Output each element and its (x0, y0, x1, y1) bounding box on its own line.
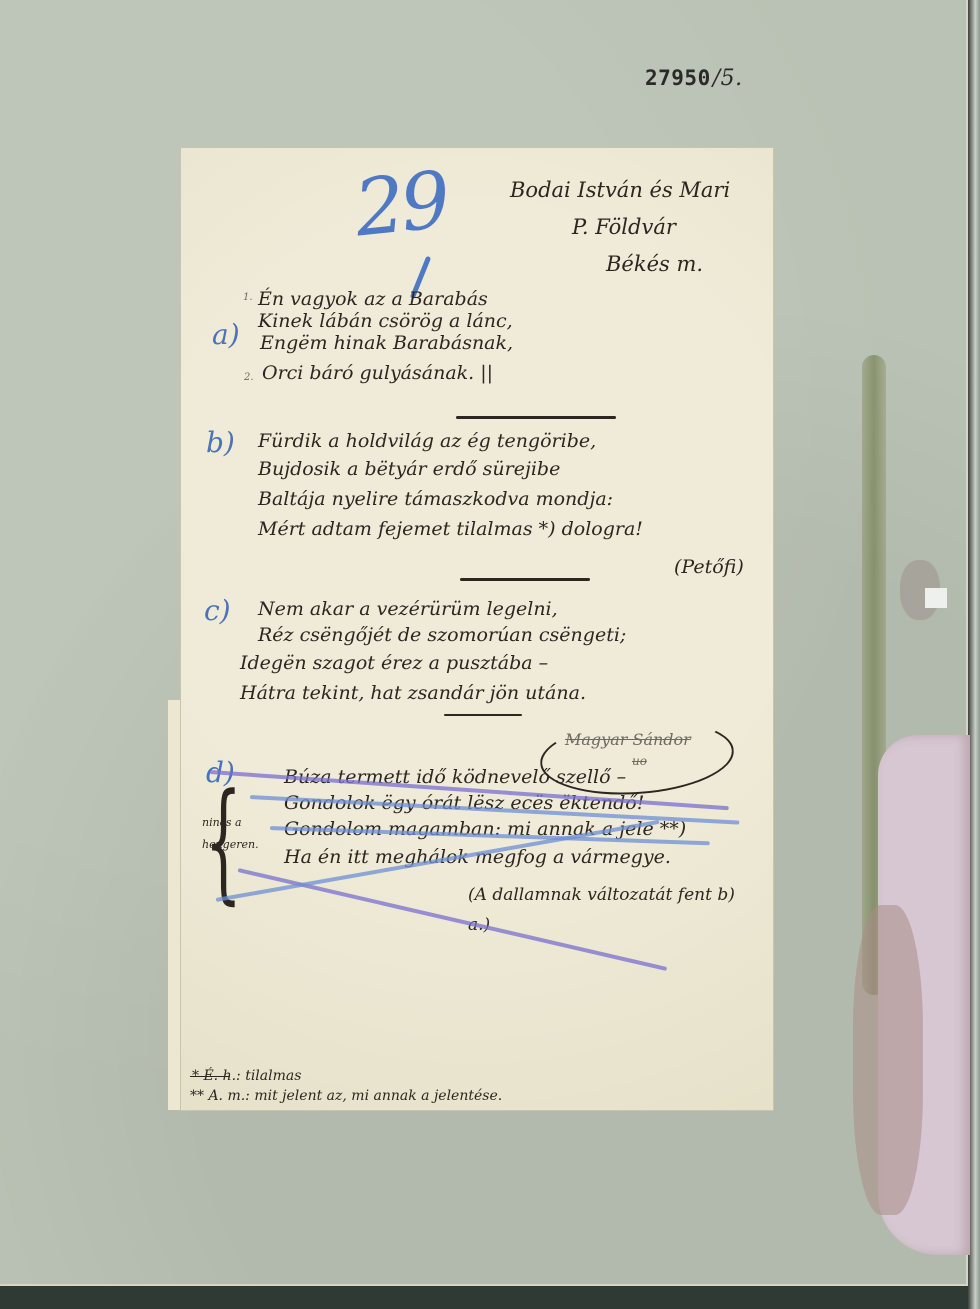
paper-tear (925, 588, 947, 608)
verse-a-line-4: Orci báró gulyásának. || (262, 362, 493, 384)
verse-b-line-1: Fürdik a holdvilág az ég tengöribe, (258, 430, 596, 452)
pasted-label-remnant (878, 735, 970, 1255)
verse-b-line-4: Mért adtam fejemet tilalmas *) dologra! (258, 518, 643, 540)
verse-c-line-2: Réz csëngőjét de szomorúan csëngeti; (258, 624, 626, 646)
county: Békés m. (606, 252, 703, 276)
section-divider (456, 416, 616, 419)
verse-d-line-4: Ha én itt meghálok megfog a vármegye. (284, 846, 671, 868)
section-label-c: c) (204, 594, 231, 627)
side-note: nincs a hengeren. (202, 812, 242, 856)
verse-c-line-4: Hátra tekint, hat zsandár jön utána. (240, 682, 586, 704)
verse-a-line-3: Engëm hinak Barabásnak, (260, 332, 513, 354)
verse-a-line-1: Én vagyok az a Barabás (258, 288, 488, 310)
verse-a-line-2: Kinek lábán csörög a lánc, (258, 310, 513, 332)
verse-b-line-3: Baltája nyelire támaszkodva mondja: (258, 488, 613, 510)
performers: Bodai István és Mari (510, 178, 730, 202)
verse-b-line-2: Bujdosik a bëtyár erdő sürejibe (258, 458, 560, 480)
item-number: 29 (351, 155, 451, 254)
inventory-number: 27950/5. (645, 66, 743, 91)
place: P. Földvár (572, 215, 676, 239)
margin-mark-1: 1. (243, 292, 253, 303)
stain-blot (853, 905, 923, 1215)
verse-d-line-1: Búza termett idő ködnevelő szellő – (284, 766, 626, 788)
section-divider (460, 578, 590, 581)
attribution-note: uo (632, 754, 647, 768)
inventory-number-main: 27950 (645, 66, 711, 90)
section-label-a: a) (212, 318, 240, 351)
footnote-2: ** A. m.: mit jelent az, mi annak a jele… (190, 1088, 502, 1104)
attribution-struck: Magyar Sándor (565, 730, 691, 749)
verse-c-line-3: Idegën szagot érez a pusztába – (240, 652, 548, 674)
margin-mark-2: 2. (244, 372, 254, 383)
footnote-1: * É. h.: tilalmas (192, 1068, 301, 1084)
section-label-b: b) (206, 426, 235, 459)
attribution-petofi: (Petőfi) (674, 556, 744, 578)
underline-hat-zsandar (444, 714, 522, 716)
inventory-number-suffix: /5. (713, 66, 743, 91)
verse-c-line-1: Nem akar a vezérürüm legelni, (258, 598, 558, 620)
